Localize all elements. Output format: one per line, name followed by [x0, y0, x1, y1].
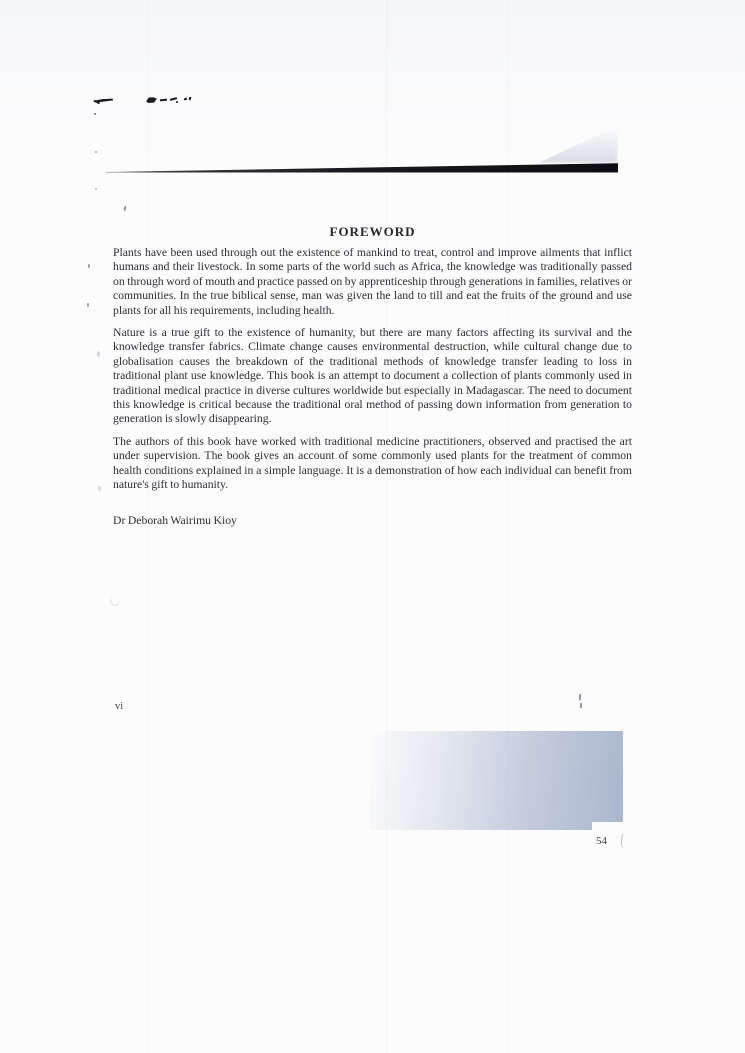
page-title: FOREWORD [113, 224, 632, 240]
scan-speckle [98, 486, 101, 491]
scanned-document-page: FOREWORD Plants have been used through o… [0, 0, 745, 1053]
foreword-body: Plants have been used through out the ex… [113, 246, 632, 528]
paragraph-3: The authors of this book have worked wit… [113, 435, 632, 493]
faint-squiggle [620, 833, 626, 848]
scan-speckle [87, 303, 89, 307]
author-signature: Dr Deborah Wairimu Kioy [113, 514, 632, 528]
page-number-roman: vi [115, 701, 123, 712]
scan-speckle [124, 206, 127, 211]
page-number-scan: 54 [596, 835, 607, 847]
scan-speckle [88, 264, 90, 268]
photocopy-smudge [370, 731, 623, 830]
faint-squiggle [108, 594, 120, 607]
paragraph-1: Plants have been used through out the ex… [113, 246, 632, 318]
pen-mark [94, 113, 96, 115]
scan-speckle [95, 151, 97, 153]
pen-mark [176, 101, 178, 103]
scan-speckle [97, 351, 100, 357]
scan-speckle [95, 188, 97, 190]
paragraph-2: Nature is a true gift to the existence o… [113, 326, 632, 427]
scan-tint [0, 0, 745, 175]
